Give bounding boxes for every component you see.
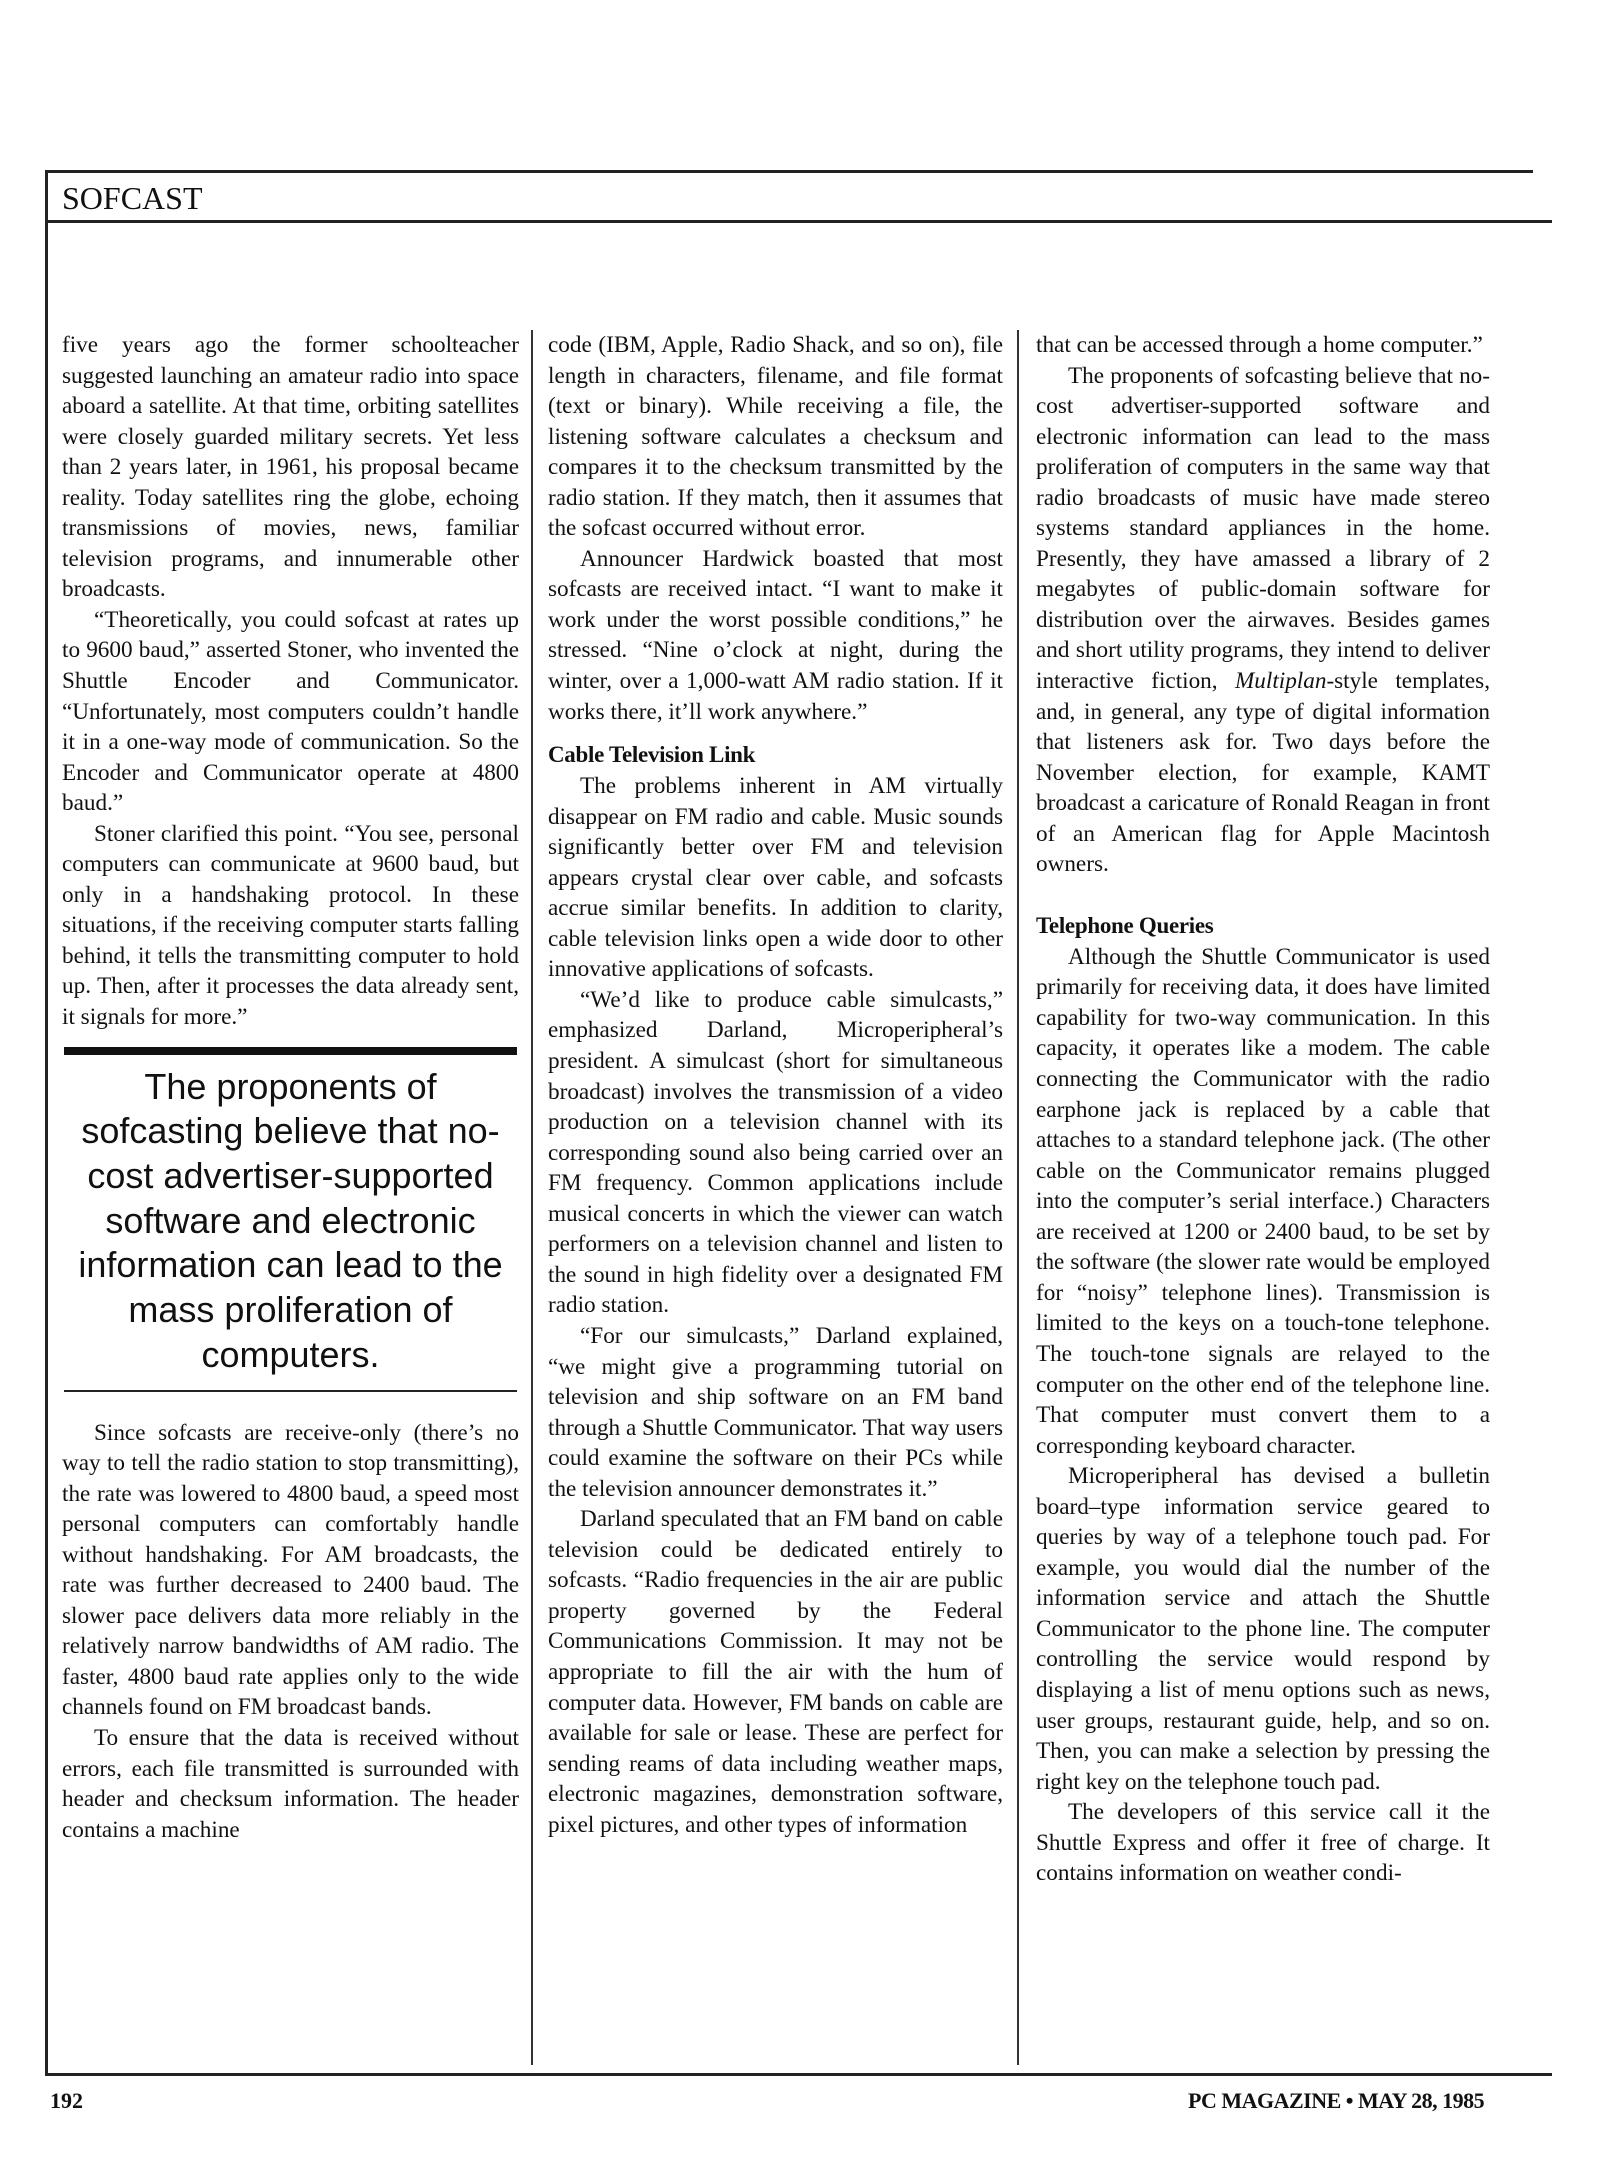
paragraph: Stoner clarified this point. “You see, p… <box>62 819 519 1033</box>
paragraph: The proponents of sofcasting believe tha… <box>1036 361 1490 880</box>
paragraph: Microperipheral has devised a bulletin b… <box>1036 1461 1490 1797</box>
paragraph-text: The proponents of sofcasting believe tha… <box>1036 363 1490 694</box>
paragraph: The problems inherent in AM virtually di… <box>548 771 1003 985</box>
paragraph: Darland speculated that an FM band on ca… <box>548 1504 1003 1840</box>
article-column-1: five years ago the former schoolteacher … <box>62 330 519 1845</box>
pull-quote-top-rule <box>64 1047 517 1055</box>
section-title: SOFCAST <box>62 180 203 216</box>
top-rule <box>45 170 1533 173</box>
pull-quote-bottom-rule <box>64 1390 517 1392</box>
paragraph: To ensure that the data is received with… <box>62 1723 519 1845</box>
italic-product-name: Multiplan <box>1235 668 1326 694</box>
paragraph: Since sofcasts are receive-only (there’s… <box>62 1418 519 1723</box>
left-frame-rule <box>45 171 48 2075</box>
bottom-rule <box>45 2073 1552 2076</box>
column-divider <box>1017 330 1019 2065</box>
paragraph: “Theoretically, you could sofcast at rat… <box>62 605 519 819</box>
page-number: 192 <box>50 2088 83 2114</box>
paragraph: Announcer Hardwick boasted that most sof… <box>548 544 1003 727</box>
pull-quote: The proponents of sofcasting believe tha… <box>62 1047 519 1392</box>
paragraph: The developers of this service call it t… <box>1036 1797 1490 1889</box>
paragraph: Although the Shuttle Communicator is use… <box>1036 942 1490 1461</box>
paragraph: that can be accessed through a home com­… <box>1036 330 1490 361</box>
article-column-3: that can be accessed through a home com­… <box>1036 330 1490 1889</box>
paragraph: “For our simulcasts,” Darland ex­plained… <box>548 1321 1003 1504</box>
publication-footer: PC MAGAZINE • MAY 28, 1985 <box>1188 2088 1484 2114</box>
column-divider <box>531 330 533 2065</box>
pull-quote-text: The proponents of sofcasting believe tha… <box>62 1055 519 1390</box>
article-column-2: code (IBM, Apple, Radio Shack, and so on… <box>548 330 1003 1840</box>
subheading-telephone-queries: Telephone Queries <box>1036 910 1490 942</box>
paragraph-text: -style tem­plates, and, in general, any … <box>1036 668 1490 877</box>
paragraph: code (IBM, Apple, Radio Shack, and so on… <box>548 330 1003 544</box>
header-rule <box>45 220 1552 223</box>
subheading-cable-television-link: Cable Television Link <box>548 739 1003 771</box>
paragraph: “We’d like to produce cable simul­casts,… <box>548 985 1003 1321</box>
paragraph: five years ago the former schoolteacher … <box>62 330 519 605</box>
